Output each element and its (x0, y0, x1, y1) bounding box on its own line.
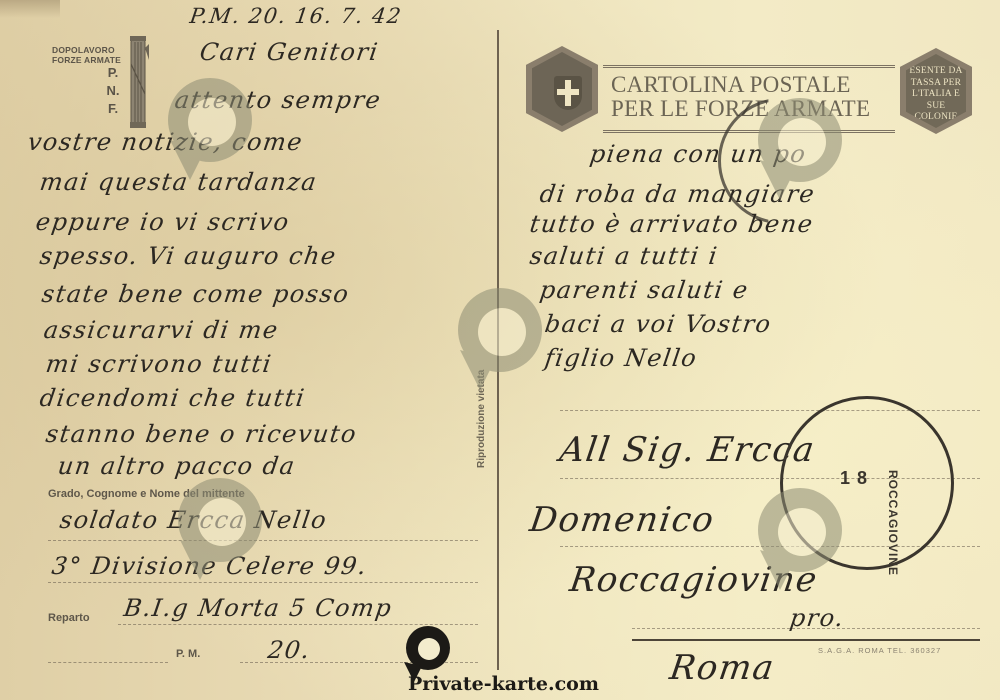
unit-label: Reparto (48, 612, 90, 624)
message-line: saluti a tutti i (528, 242, 720, 270)
address-baseline (632, 639, 980, 641)
coat-of-arms-badge (526, 46, 598, 132)
unit-value: B.I.g Morta 5 Comp (122, 594, 394, 622)
dopolavoro-header: DOPOLAVORO FORZE ARMATE (52, 45, 121, 65)
postmark-town: ROCCAGIOVINE (886, 470, 900, 576)
pnf-initials: P. N. F. (106, 64, 120, 118)
worn-edge (0, 0, 60, 18)
message-line: figlio Nello (543, 344, 699, 372)
eagle-p-watermark-icon (740, 90, 850, 200)
letter-line: stanno bene o ricevuto (44, 420, 359, 448)
message-line: parenti saluti e (538, 276, 751, 304)
address-city: Roma (667, 648, 777, 688)
pm-label: P. M. (176, 648, 200, 660)
postcard: DOPOLAVORO FORZE ARMATE P. N. F. P.M. 20… (0, 0, 1000, 700)
letter-line: mi scrivono tutti (44, 350, 274, 378)
letter-line: spesso. Vi auguro che (38, 242, 339, 270)
message-line: baci a voi Vostro (543, 310, 774, 338)
letter-date: P.M. 20. 16. 7. 42 (188, 4, 403, 28)
letter-line: dicendomi che tutti (38, 384, 307, 412)
dotted-line (48, 662, 168, 663)
letter-line: eppure io vi scrivo (34, 208, 292, 236)
watermark-brand: Private-karte.com (408, 673, 599, 695)
eagle-p-watermark-icon (740, 480, 850, 590)
letter-line: assicurarvi di me (42, 316, 281, 344)
message-line: tutto è arrivato bene (528, 210, 815, 238)
dotted-line (48, 582, 478, 583)
address-firstname: Domenico (527, 500, 717, 540)
pm-value: 20. (266, 636, 313, 664)
printer-imprint: S.A.G.A. ROMA TEL. 360327 (818, 646, 941, 655)
letter-line: state bene come posso (40, 280, 351, 308)
eagle-p-watermark-icon (440, 280, 550, 390)
eagle-p-watermark-icon (160, 470, 270, 580)
fasces-icon (127, 34, 149, 134)
address-line (632, 628, 980, 629)
address-name: All Sig. Ercca (557, 430, 818, 470)
eagle-p-watermark-icon (150, 70, 260, 180)
tax-exemption-badge: ESENTE DA TASSA PER L'ITALIA E SUE COLON… (900, 48, 972, 134)
letter-line: Cari Genitori (198, 38, 381, 66)
savoy-cross-icon (554, 76, 582, 110)
